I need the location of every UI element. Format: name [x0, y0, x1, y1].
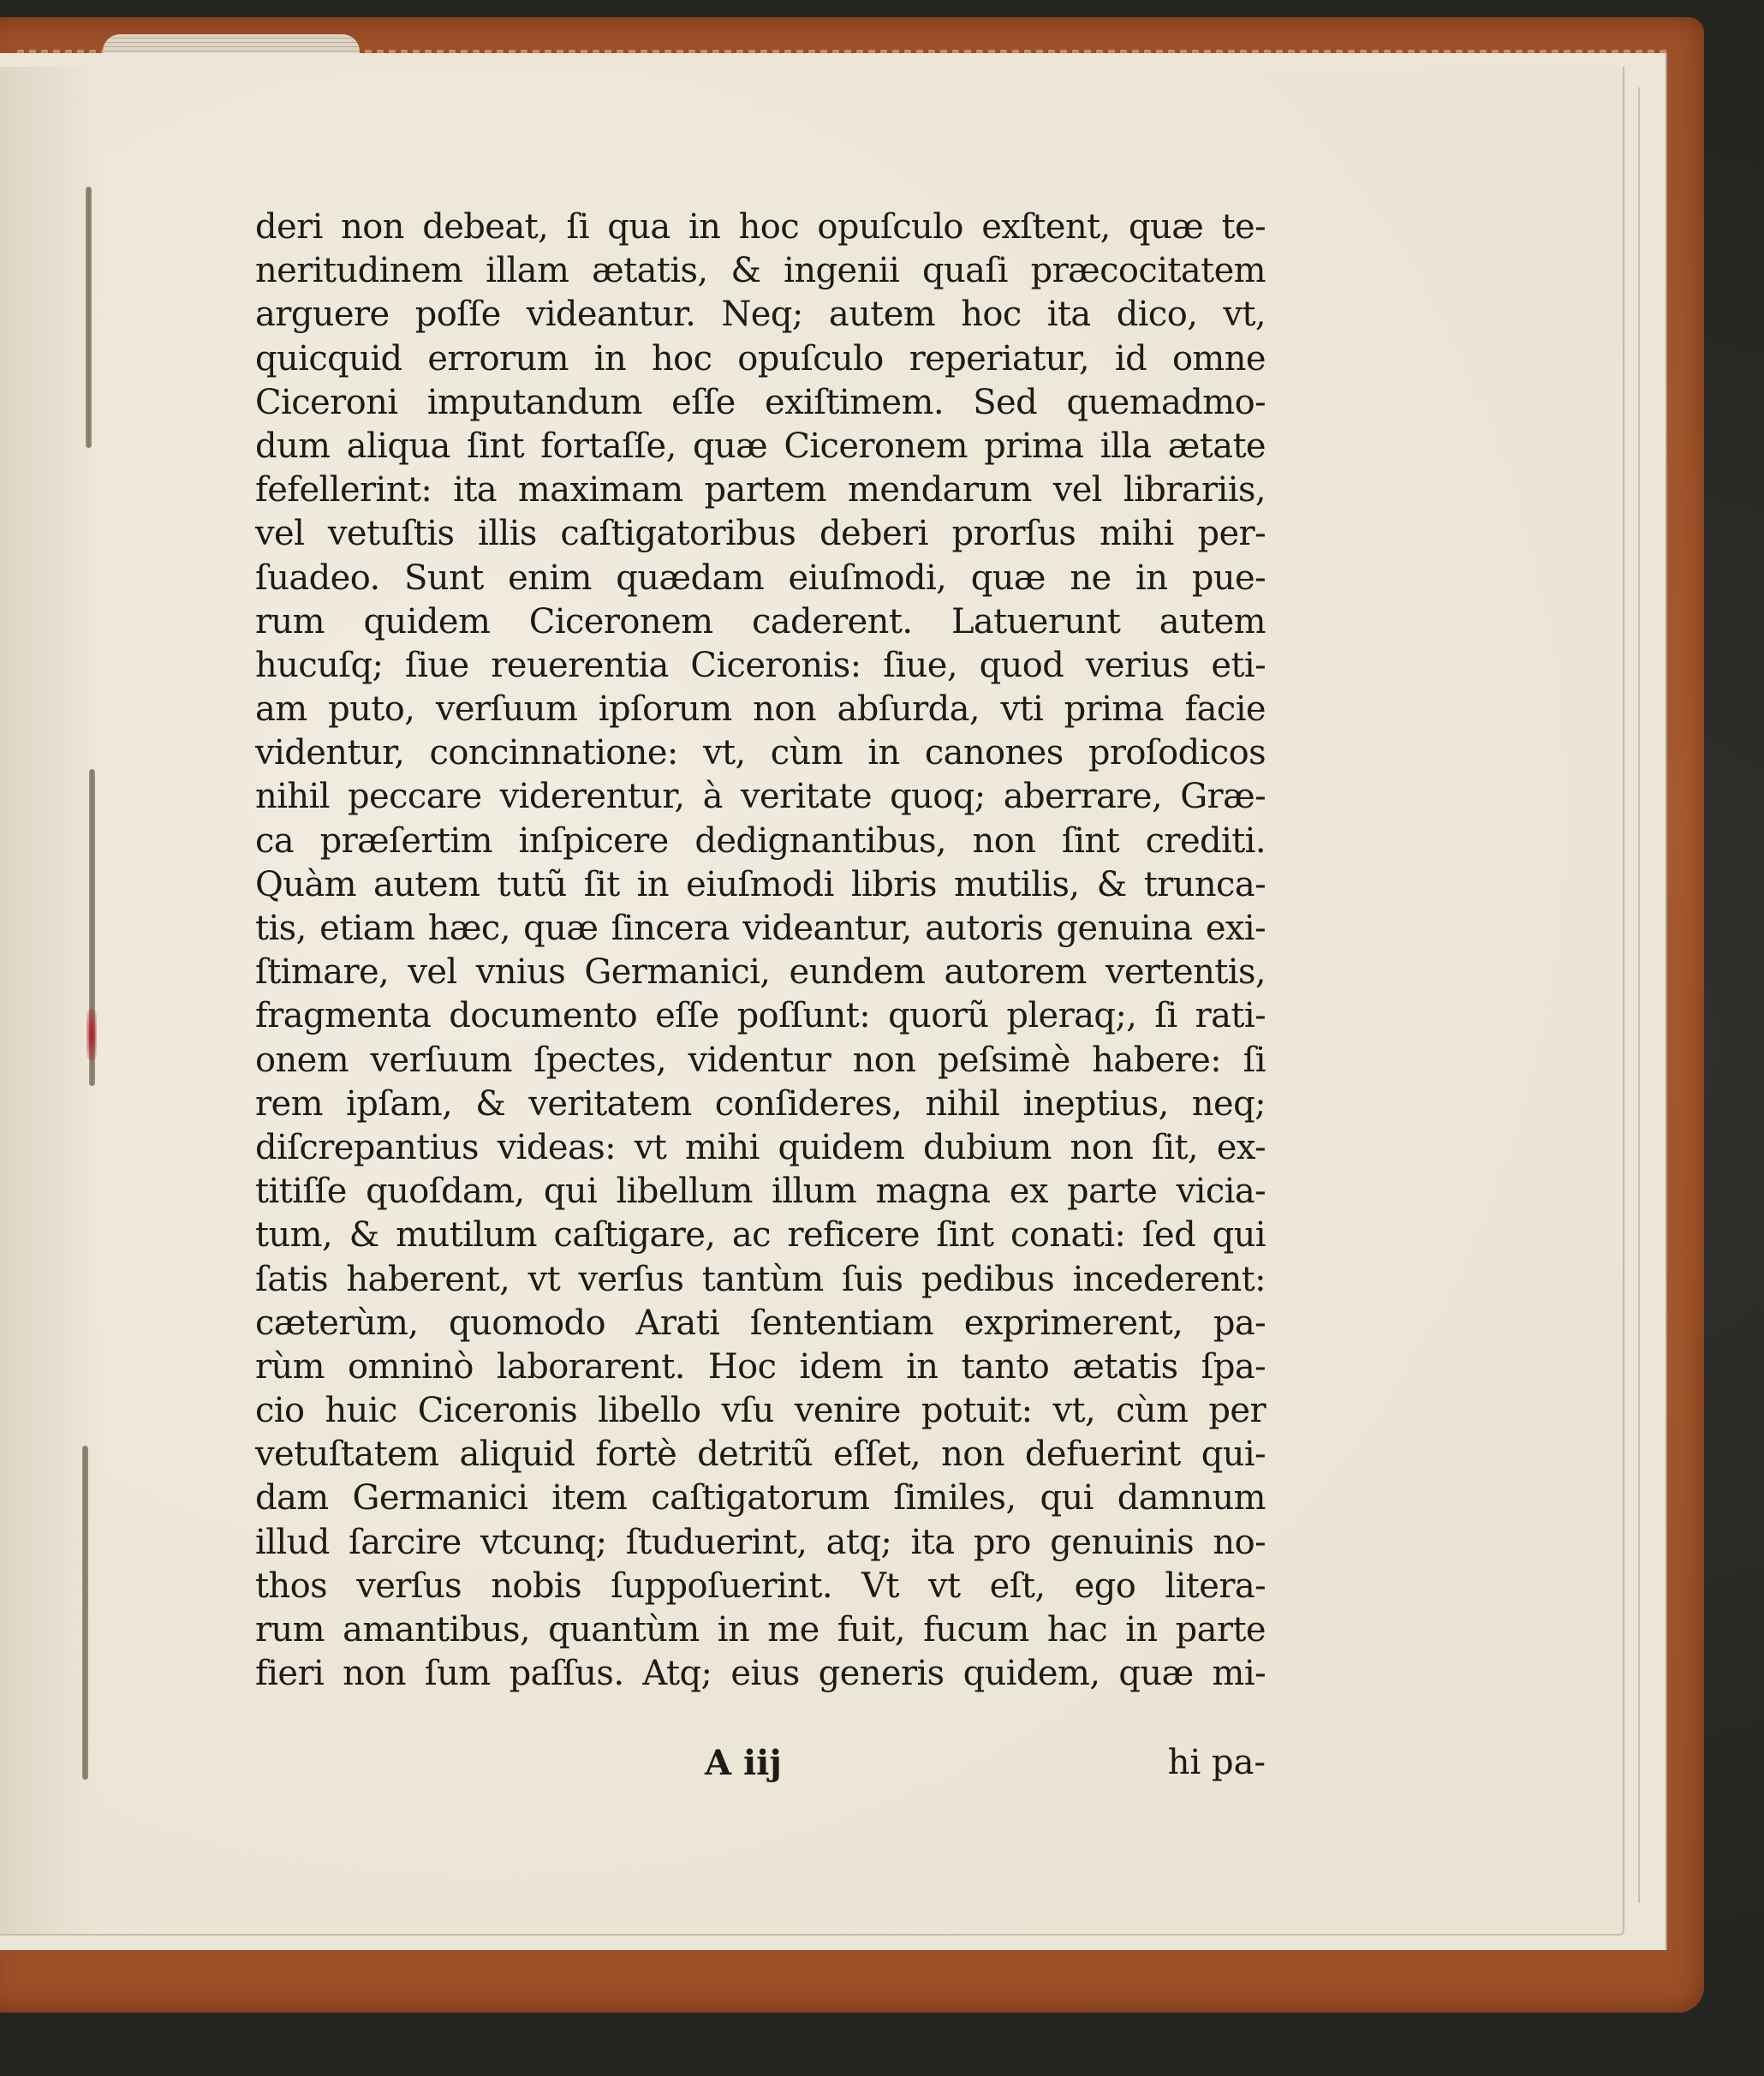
text-line: dum aliqua ſint fortaſſe, quæ Ciceronem … — [255, 425, 1266, 468]
text-line: vetuſtatem aliquid fortè detritũ eſſet, … — [255, 1433, 1266, 1476]
text-line: onem verſuum ſpectes, videntur non peſsi… — [255, 1039, 1266, 1083]
text-line: neritudinem illam ætatis, & ingenii quaſ… — [255, 249, 1266, 293]
text-line: nihil peccare viderentur, à veritate quo… — [255, 775, 1266, 819]
text-line: Quàm autem tutũ ſit in eiuſmodi libris m… — [255, 863, 1266, 907]
text-line: ca præſertim inſpicere dedignantibus, no… — [255, 820, 1266, 863]
text-line: Ciceroni imputandum eſſe exiſtimem. Sed … — [255, 381, 1266, 425]
text-line: hucuſq; ſiue reuerentia Ciceronis: ſiue,… — [255, 644, 1266, 688]
red-thread-stain — [86, 1009, 97, 1060]
main-text: deri non debeat, ſi qua in hoc opuſculo … — [255, 206, 1266, 1696]
text-line: illud ſarcire vtcunq; ſtuduerint, atq; i… — [255, 1521, 1266, 1565]
text-line: vel vetuſtis illis caſtigatoribus deberi… — [255, 512, 1266, 556]
text-line: cio huic Ciceronis libello vſu venire po… — [255, 1389, 1266, 1433]
sewing-thread — [82, 1446, 88, 1780]
text-line: rum quidem Ciceronem caderent. Latuerunt… — [255, 600, 1266, 644]
text-line: deri non debeat, ſi qua in hoc opuſculo … — [255, 206, 1266, 249]
text-line: thos verſus nobis ſuppoſuerint. Vt vt eſ… — [255, 1565, 1266, 1608]
text-line: rum amantibus, quantùm in me fuit, fucum… — [255, 1608, 1266, 1652]
sewing-thread — [86, 187, 92, 448]
signature-mark: A iij — [705, 1743, 782, 1783]
text-line: fieri non ſum paſſus. Atq; eius generis … — [255, 1652, 1266, 1696]
text-line: rùm omninò laborarent. Hoc idem in tanto… — [255, 1345, 1266, 1389]
text-line: rem ipſam, & veritatem conſideres, nihil… — [255, 1083, 1266, 1126]
text-line: videntur, concinnatione: vt, cùm in cano… — [255, 731, 1266, 775]
catchword: hi pa- — [1168, 1743, 1266, 1782]
page-footer: A iij hi pa- — [255, 1743, 1266, 1786]
text-line: fefellerint: ita maximam partem mendarum… — [255, 468, 1266, 512]
text-line: tis, etiam hæc, quæ ſincera videantur, a… — [255, 907, 1266, 951]
text-line: quicquid errorum in hoc opuſculo reperia… — [255, 337, 1266, 381]
text-line: am puto, verſuum ipſorum non abſurda, vt… — [255, 688, 1266, 731]
text-line: titiſſe quoſdam, qui libellum illum magn… — [255, 1170, 1266, 1214]
text-line: arguere poſſe videantur. Neq; autem hoc … — [255, 293, 1266, 337]
text-line: dam Germanici item caſtigatorum ſimiles,… — [255, 1476, 1266, 1520]
text-line: ſuadeo. Sunt enim quædam eiuſmodi, quæ n… — [255, 557, 1266, 600]
text-line: tum, & mutilum caſtigare, ac reficere ſi… — [255, 1214, 1266, 1257]
text-line: ſtimare, vel vnius Germanici, eundem aut… — [255, 951, 1266, 994]
text-line: fragmenta documento eſſe poſſunt: quorũ … — [255, 994, 1266, 1038]
text-line: cæterùm, quomodo Arati ſententiam exprim… — [255, 1302, 1266, 1345]
text-line: diſcrepantius videas: vt mihi quidem dub… — [255, 1126, 1266, 1170]
text-line: ſatis haberent, vt verſus tantùm ſuis pe… — [255, 1258, 1266, 1302]
